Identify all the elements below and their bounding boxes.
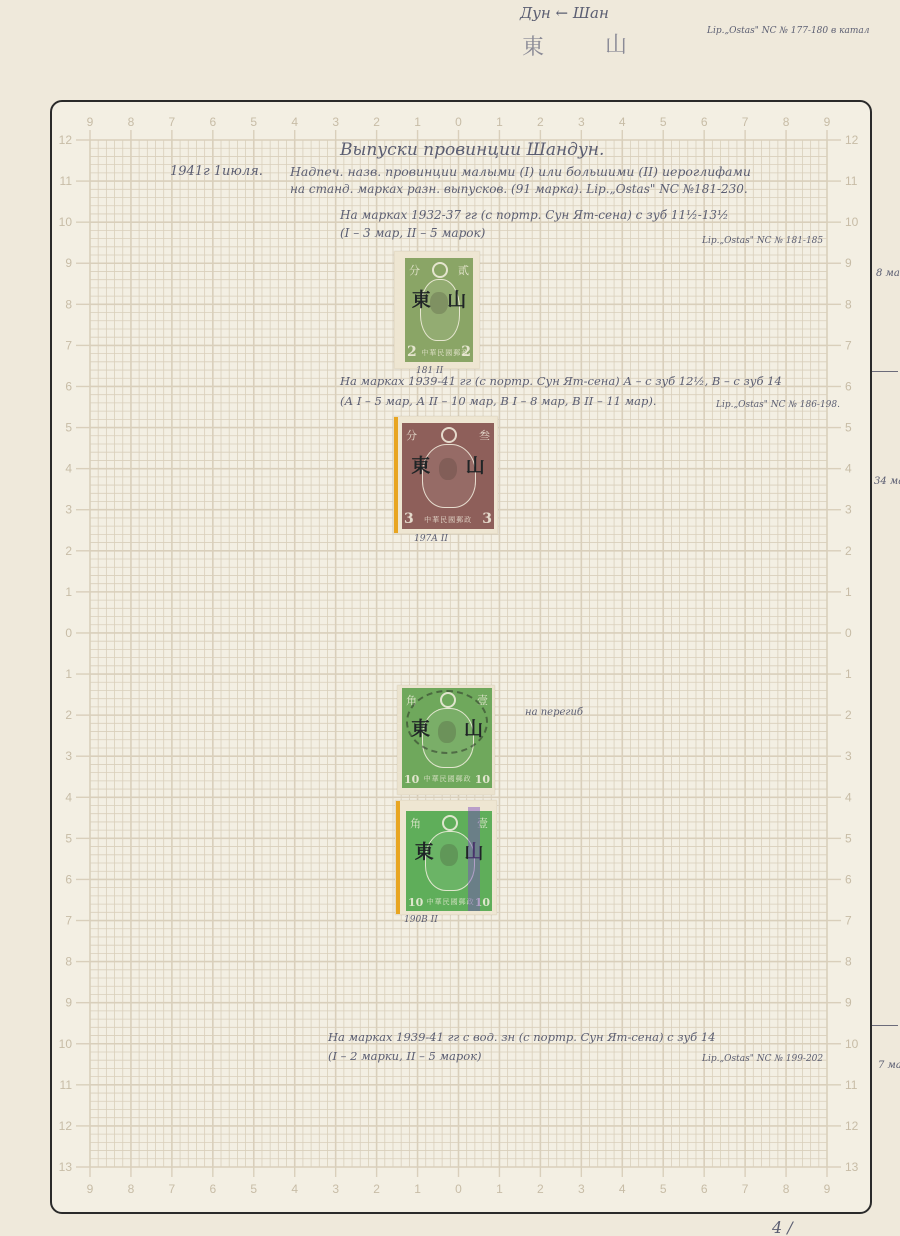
stamp-label: 190В II <box>404 915 438 925</box>
hanzi-dong: 東 <box>522 30 544 61</box>
svg-text:0: 0 <box>455 115 462 129</box>
overprint-dong: 東 <box>415 837 434 864</box>
overprint-dong: 東 <box>412 285 431 312</box>
svg-text:5: 5 <box>660 1182 667 1196</box>
svg-text:7: 7 <box>845 914 852 928</box>
svg-text:12: 12 <box>845 133 859 147</box>
svg-text:5: 5 <box>845 831 852 845</box>
section-1-catalog: Lip.„Ostas" NC № 181-185 <box>702 236 823 246</box>
svg-text:3: 3 <box>65 503 72 517</box>
svg-text:4: 4 <box>845 462 852 476</box>
svg-text:9: 9 <box>845 996 852 1010</box>
svg-text:3: 3 <box>845 749 852 763</box>
svg-text:11: 11 <box>845 174 858 188</box>
svg-text:4: 4 <box>65 462 72 476</box>
svg-text:1: 1 <box>65 585 72 599</box>
stamp-face: 分叁33中華民國郵政東山 <box>402 423 494 529</box>
svg-text:8: 8 <box>783 1182 790 1196</box>
sun-emblem-icon <box>442 815 458 831</box>
section-3-line-1: На марках 1939-41 гг с вод. зн (с портр.… <box>328 1030 716 1044</box>
svg-text:4: 4 <box>65 790 72 804</box>
svg-text:3: 3 <box>578 115 585 129</box>
stamp-value: 3 <box>404 511 414 527</box>
svg-text:7: 7 <box>169 115 176 129</box>
svg-text:5: 5 <box>660 115 667 129</box>
svg-text:5: 5 <box>250 1182 257 1196</box>
stamp-corner-char: 分 <box>409 262 420 278</box>
svg-text:0: 0 <box>455 1182 462 1196</box>
description-line-2: на станд. марках разн. выпусков. (91 мар… <box>290 182 748 196</box>
stamp-label: 181 II <box>416 366 443 376</box>
section-1-line-1: На марках 1932-37 гг (с портр. Сун Ят-се… <box>340 208 729 222</box>
svg-text:7: 7 <box>65 338 72 352</box>
svg-text:6: 6 <box>65 379 72 393</box>
overprint-shan: 山 <box>447 285 466 312</box>
stamp-inscription: 中華民國郵政 <box>421 348 469 358</box>
stamp-label: 197А II <box>414 534 448 544</box>
svg-text:6: 6 <box>701 1182 708 1196</box>
svg-text:2: 2 <box>845 708 852 722</box>
svg-text:8: 8 <box>845 297 852 311</box>
overprint-dong: 東 <box>411 451 430 478</box>
margin-tick <box>872 1025 898 1026</box>
svg-text:1: 1 <box>496 115 503 129</box>
svg-text:8: 8 <box>845 955 852 969</box>
description-line-1: Надпеч. назв. провинции малыми (I) или б… <box>290 164 751 179</box>
svg-text:3: 3 <box>332 115 339 129</box>
svg-text:9: 9 <box>87 115 94 129</box>
svg-text:8: 8 <box>128 115 135 129</box>
svg-text:4: 4 <box>291 1182 298 1196</box>
svg-text:8: 8 <box>128 1182 135 1196</box>
svg-text:5: 5 <box>65 421 72 435</box>
svg-text:7: 7 <box>65 914 72 928</box>
margin-tick <box>872 371 898 372</box>
svg-text:6: 6 <box>845 872 852 886</box>
svg-text:12: 12 <box>59 133 73 147</box>
stamp-197A-II[interactable]: 分叁33中華民國郵政東山 <box>393 416 498 534</box>
svg-text:9: 9 <box>824 1182 831 1196</box>
stamp-corner-char: 叁 <box>479 427 490 443</box>
stamp-value: 10 <box>408 896 423 909</box>
svg-text:10: 10 <box>59 1037 73 1051</box>
svg-text:9: 9 <box>845 256 852 270</box>
svg-text:1: 1 <box>496 1182 503 1196</box>
svg-text:6: 6 <box>845 379 852 393</box>
svg-text:5: 5 <box>845 421 852 435</box>
svg-text:3: 3 <box>65 749 72 763</box>
svg-text:12: 12 <box>845 1119 859 1133</box>
svg-text:4: 4 <box>291 115 298 129</box>
margin-note-mid: 34 ма <box>874 476 900 487</box>
svg-text:5: 5 <box>65 831 72 845</box>
section-3-catalog: Lip.„Ostas" NC № 199-202 <box>702 1054 823 1064</box>
section-1-line-2: (I – 3 мар, II – 5 марок) <box>340 226 485 240</box>
stamp-inscription: 中華民國郵政 <box>424 515 472 525</box>
svg-text:0: 0 <box>845 626 852 640</box>
svg-text:0: 0 <box>65 626 72 640</box>
transliteration-note: Дун ← Шан <box>520 4 609 22</box>
svg-text:8: 8 <box>65 955 72 969</box>
stamp-corner-char: 角 <box>410 815 421 831</box>
margin-note-bottom: 7 ма <box>878 1060 900 1071</box>
svg-text:10: 10 <box>59 215 73 229</box>
svg-text:4: 4 <box>619 115 626 129</box>
svg-text:1: 1 <box>845 667 852 681</box>
svg-text:3: 3 <box>578 1182 585 1196</box>
svg-text:8: 8 <box>783 115 790 129</box>
svg-text:2: 2 <box>537 1182 544 1196</box>
stamp-190B-II[interactable]: 角壹1010中華民國郵政東山 <box>395 800 497 915</box>
svg-text:4: 4 <box>845 790 852 804</box>
svg-text:1: 1 <box>414 1182 421 1196</box>
svg-text:1: 1 <box>414 115 421 129</box>
svg-text:7: 7 <box>742 115 749 129</box>
stamp-value: 2 <box>407 344 417 360</box>
stamp-value: 3 <box>482 511 492 527</box>
svg-text:2: 2 <box>373 1182 380 1196</box>
postmark-cancellation <box>406 690 488 754</box>
svg-text:3: 3 <box>332 1182 339 1196</box>
stamp-face: 分貳22中華民國郵政東山 <box>405 258 473 362</box>
svg-text:6: 6 <box>209 115 216 129</box>
stamp-value: 10 <box>475 773 490 786</box>
svg-text:8: 8 <box>65 297 72 311</box>
portrait-head <box>440 844 458 866</box>
hinge-yellow-edge <box>396 801 400 914</box>
svg-text:9: 9 <box>87 1182 94 1196</box>
bottom-scribble: 4 / <box>772 1218 793 1236</box>
stamp-value: 10 <box>404 773 419 786</box>
svg-text:2: 2 <box>373 115 380 129</box>
hinge-yellow-edge <box>394 417 398 533</box>
svg-text:4: 4 <box>619 1182 626 1196</box>
svg-text:11: 11 <box>845 1078 858 1092</box>
svg-text:13: 13 <box>59 1160 73 1174</box>
page-title: Выпуски провинции Шандун. <box>340 140 604 160</box>
issue-date: 1941г 1июля. <box>170 164 263 179</box>
svg-text:2: 2 <box>65 708 72 722</box>
catalog-reference-top: Lip.„Ostas" NC № 177-180 в катал <box>707 26 869 36</box>
svg-text:9: 9 <box>65 256 72 270</box>
svg-text:9: 9 <box>65 996 72 1010</box>
section-3-line-2: (I – 2 марки, II – 5 марок) <box>328 1049 482 1063</box>
svg-text:3: 3 <box>845 503 852 517</box>
svg-text:7: 7 <box>742 1182 749 1196</box>
purple-handstamp <box>468 807 480 911</box>
fold-note: на перегиб <box>525 707 583 718</box>
svg-text:2: 2 <box>537 115 544 129</box>
svg-text:12: 12 <box>59 1119 73 1133</box>
svg-text:6: 6 <box>209 1182 216 1196</box>
svg-text:7: 7 <box>169 1182 176 1196</box>
stamp-181-II[interactable]: 分貳22中華民國郵政東山 <box>394 251 480 369</box>
sun-emblem-icon <box>441 427 457 443</box>
portrait-head <box>439 458 457 480</box>
svg-text:10: 10 <box>845 1037 859 1051</box>
svg-text:6: 6 <box>65 872 72 886</box>
svg-text:13: 13 <box>845 1160 859 1174</box>
stamp-corner-char: 貳 <box>458 262 469 278</box>
margin-note-top: 8 ма <box>876 268 900 279</box>
stamp-inscription: 中華民國郵政 <box>424 774 472 784</box>
overprint-shan: 山 <box>466 451 485 478</box>
svg-text:1: 1 <box>65 667 72 681</box>
stamp-corner-char: 分 <box>406 427 417 443</box>
svg-text:9: 9 <box>824 115 831 129</box>
section-2-catalog: Lip.„Ostas" NC № 186-198. <box>716 400 840 410</box>
stamp-on-fold[interactable]: 角壹1010中華民國郵政東山 <box>397 685 495 795</box>
svg-text:11: 11 <box>60 174 73 188</box>
svg-text:2: 2 <box>65 544 72 558</box>
svg-text:7: 7 <box>845 338 852 352</box>
svg-text:6: 6 <box>701 115 708 129</box>
svg-text:5: 5 <box>250 115 257 129</box>
hanzi-shan: 山 <box>605 28 627 59</box>
section-2-line-2: (А I – 5 мар, А II – 10 мар, В I – 8 мар… <box>340 394 657 408</box>
svg-text:1: 1 <box>845 585 852 599</box>
svg-text:2: 2 <box>845 544 852 558</box>
svg-text:11: 11 <box>60 1078 73 1092</box>
section-2-line-1: На марках 1939-41 гг (с портр. Сун Ят-се… <box>340 374 782 388</box>
portrait-head <box>430 292 448 314</box>
svg-text:10: 10 <box>845 215 859 229</box>
sun-emblem-icon <box>432 262 448 278</box>
